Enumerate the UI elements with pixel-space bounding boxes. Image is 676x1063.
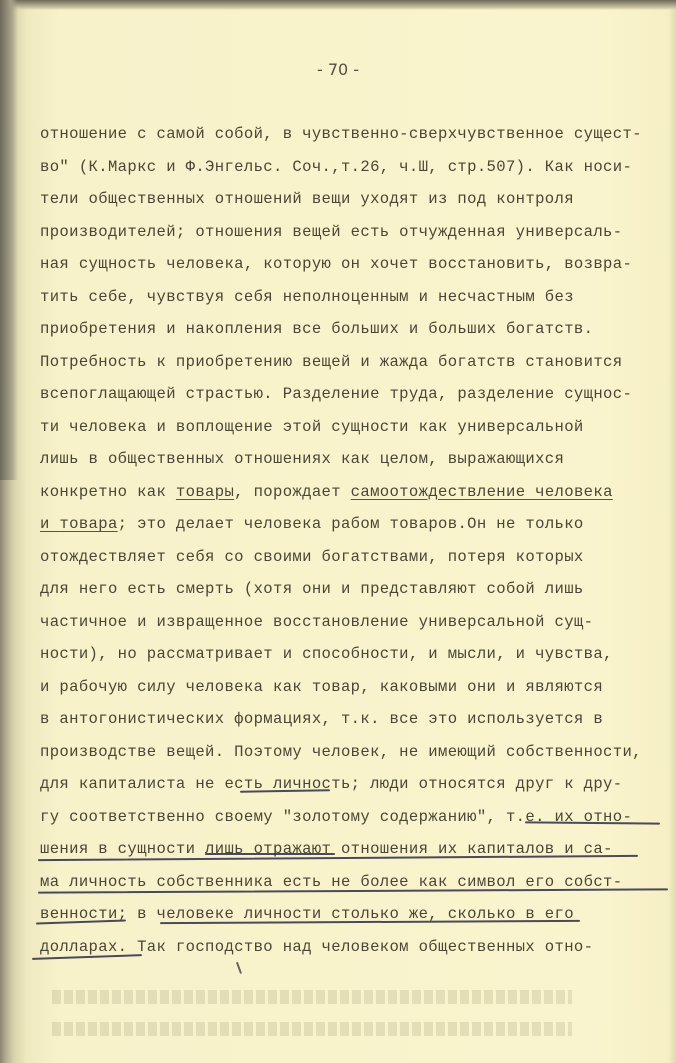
text-line: и товара; это делает человека рабом това… (40, 508, 676, 541)
text-segment: Потребность к приобретению вещей и жажда… (40, 353, 622, 371)
text-segment: ности), но рассматривает и способности, … (40, 645, 613, 663)
text-line: конкретно как товары, порождает самоотож… (40, 476, 676, 509)
text-line: лишь в общественных отношениях как целом… (40, 443, 676, 476)
text-segment: ма личность собственника есть не более к… (40, 873, 622, 891)
text-segment: и рабочую силу человека как товар, каков… (40, 678, 603, 696)
text-line: ная сущность человека, которую он хочет … (40, 248, 676, 281)
text-line: и рабочую силу человека как товар, каков… (40, 671, 676, 704)
text-segment: производстве вещей. Поэтому человек, не … (40, 743, 642, 761)
text-line: производстве вещей. Поэтому человек, не … (40, 736, 676, 769)
page-number: - 70 - (0, 60, 676, 79)
text-line: производителей; отношения вещей есть отч… (40, 216, 676, 249)
text-segment: ; это делает человека рабом товаров.Он н… (118, 515, 584, 533)
text-line: частичное и извращенное восстановление у… (40, 606, 676, 639)
underlined-phrase: и товара (40, 515, 118, 533)
text-segment: производителей; отношения вещей есть отч… (40, 223, 622, 241)
text-segment: долларах. Так господство над человеком о… (40, 938, 593, 956)
text-line: тели общественных отношений вещи уходят … (40, 183, 676, 216)
text-line: Потребность к приобретению вещей и жажда… (40, 346, 676, 379)
text-line: приобретения и накопления все больших и … (40, 313, 676, 346)
pen-underline (205, 853, 335, 855)
text-line: ности), но рассматривает и способности, … (40, 638, 676, 671)
text-segment: лишь в общественных отношениях как целом… (40, 450, 564, 468)
text-line: долларах. Так господство над человеком о… (40, 931, 676, 964)
text-line: для него есть смерть (хотя они и предста… (40, 573, 676, 606)
text-segment: ти человека и воплощение этой сущности к… (40, 418, 584, 436)
underlined-phrase: товары (176, 483, 234, 501)
scanned-page: - 70 - отношение с самой собой, в чувств… (0, 0, 676, 1063)
text-line: ти человека и воплощение этой сущности к… (40, 411, 676, 444)
text-segment: всепоглащающей страстью. Разделение труд… (40, 385, 632, 403)
text-line: отношение с самой собой, в чувственно-св… (40, 118, 676, 151)
text-line: для капиталиста не есть личность; люди о… (40, 768, 676, 801)
pen-mark (236, 962, 242, 974)
text-segment: приобретения и накопления все больших и … (40, 320, 593, 338)
text-segment: конкретно как (40, 483, 176, 501)
text-line: венности; в человеке личности столько же… (40, 898, 676, 931)
text-segment: для капиталиста не есть личность; люди о… (40, 775, 622, 793)
text-line: гу соответственно своему "золотому содер… (40, 801, 676, 834)
text-line: во" (К.Маркс и Ф.Энгельс. Соч.,т.26, ч.Ш… (40, 151, 676, 184)
bleed-through-text (52, 990, 572, 1004)
text-segment: ная сущность человека, которую он хочет … (40, 255, 632, 273)
text-line: отождествляет себя со своими богатствами… (40, 541, 676, 574)
text-line: шения в сущности лишь отражают отношения… (40, 833, 676, 866)
text-segment: во" (К.Маркс и Ф.Энгельс. Соч.,т.26, ч.Ш… (40, 158, 632, 176)
text-segment: тели общественных отношений вещи уходят … (40, 190, 574, 208)
text-segment: тить себе, чувствуя себя неполноценным и… (40, 288, 574, 306)
text-segment: отождествляет себя со своими богатствами… (40, 548, 584, 566)
text-line: в антогонистических формациях, т.к. все … (40, 703, 676, 736)
text-segment: для него есть смерть (хотя они и предста… (40, 580, 584, 598)
text-segment: в антогонистических формациях, т.к. все … (40, 710, 603, 728)
text-segment: отношение с самой собой, в чувственно-св… (40, 125, 642, 143)
text-line: тить себе, чувствуя себя неполноценным и… (40, 281, 676, 314)
typed-text-body: отношение с самой собой, в чувственно-св… (40, 118, 676, 963)
text-segment: частичное и извращенное восстановление у… (40, 613, 593, 631)
underlined-phrase: самоотождествление человека (351, 483, 613, 501)
bleed-through-text (52, 1022, 572, 1036)
text-line: всепоглащающей страстью. Разделение труд… (40, 378, 676, 411)
text-segment: , порождает (234, 483, 351, 501)
